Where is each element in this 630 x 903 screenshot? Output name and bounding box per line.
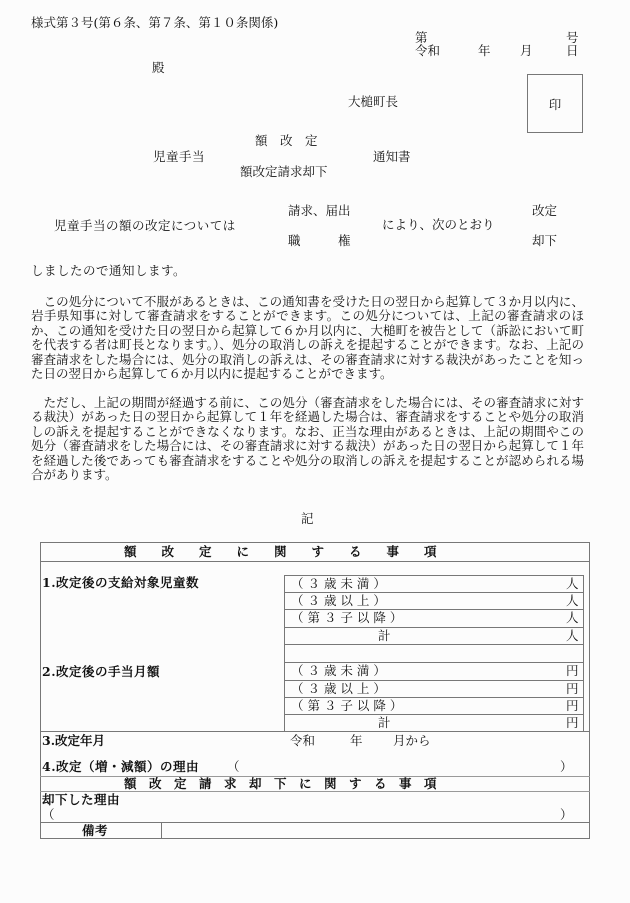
section2-row-under3-unit: 円 xyxy=(566,665,579,678)
section1-row-over3-unit: 人 xyxy=(566,595,579,608)
section2-row-under3: （ ３ 歳 未 満 ） xyxy=(291,665,386,678)
section1-row-under3: （ ３ 歳 未 満 ） xyxy=(291,578,386,591)
intro-basis-top: 請求、届出 xyxy=(288,205,351,218)
date-day: 日 xyxy=(566,45,579,58)
date-month: 月 xyxy=(520,45,533,58)
section2-label: 2.改定後の手当月額 xyxy=(42,666,160,679)
rejection-label: 却下した理由 xyxy=(42,794,120,807)
section4-open-paren: （ xyxy=(227,761,240,774)
remarks-label: 備考 xyxy=(82,825,108,838)
section3-era: 令和 xyxy=(290,735,315,748)
title-option-bottom: 額改定請求却下 xyxy=(240,166,328,179)
title-left: 児童手当 xyxy=(153,151,205,164)
section4-label: 4.改定（増・減額）の理由 xyxy=(42,761,199,774)
section1-row-third-child-unit: 人 xyxy=(566,612,579,625)
section2-row-over3-unit: 円 xyxy=(566,683,579,696)
intro-middle: により、次のとおり xyxy=(382,219,495,232)
section1-row-over3: （ ３ 歳 以 上 ） xyxy=(291,595,386,608)
title-right: 通知書 xyxy=(373,151,411,164)
date-year: 年 xyxy=(478,45,491,58)
seal-mark: 印 xyxy=(549,95,562,113)
notice-paragraph-2: ただし、上記の期間が経過する前に、この処分（審査請求をした場合には、その審査請求… xyxy=(31,396,584,482)
revision-header: 額 改 定 に 関 す る 事 項 xyxy=(124,546,437,559)
ki-label: 記 xyxy=(301,513,314,526)
section1-label: 1.改定後の支給対象児童数 xyxy=(42,577,199,590)
section2-row-third-child-unit: 円 xyxy=(566,700,579,713)
seal-box: 印 xyxy=(527,74,583,133)
section2-row-third-child: （ 第 ３ 子 以 降 ） xyxy=(291,700,402,713)
intro-basis-bottom: 職 権 xyxy=(288,235,351,248)
section1-total-label: 計 xyxy=(378,630,391,643)
section4-close-paren: ） xyxy=(560,761,573,774)
notice-paragraph-1: この処分について不服があるときは、この通知書を受けた日の翌日から起算して３か月以… xyxy=(31,295,584,381)
rejection-header: 額 改 定 請 求 却 下 に 関 す る 事 項 xyxy=(124,778,437,791)
section3-label: 3.改定年月 xyxy=(42,735,105,748)
intro-closing: しましたので通知します。 xyxy=(31,265,186,278)
remarks-field[interactable] xyxy=(163,823,588,838)
intro-action-top: 改定 xyxy=(532,205,557,218)
issuer-name: 大槌町長 xyxy=(348,96,398,109)
section2-row-over3: （ ３ 歳 以 上 ） xyxy=(291,683,386,696)
section1-total-unit: 人 xyxy=(566,630,579,643)
rejection-open-paren: （ xyxy=(42,809,55,822)
intro-lead: 児童手当の額の改定については xyxy=(54,220,236,233)
section3-month-from: 月から xyxy=(393,735,431,748)
addressee-suffix: 殿 xyxy=(152,62,165,75)
date-era: 令和 xyxy=(415,45,440,58)
section2-total-label: 計 xyxy=(378,717,391,730)
section3-year: 年 xyxy=(350,735,363,748)
section2-total-unit: 円 xyxy=(566,717,579,730)
section1-row-under3-unit: 人 xyxy=(566,578,579,591)
rejection-close-paren: ） xyxy=(560,809,573,822)
form-number: 様式第３号(第６条、第７条、第１０条関係) xyxy=(31,17,278,30)
title-option-top: 額 改 定 xyxy=(255,135,318,148)
intro-action-bottom: 却下 xyxy=(532,235,557,248)
section1-row-third-child: （ 第 ３ 子 以 降 ） xyxy=(291,612,402,625)
